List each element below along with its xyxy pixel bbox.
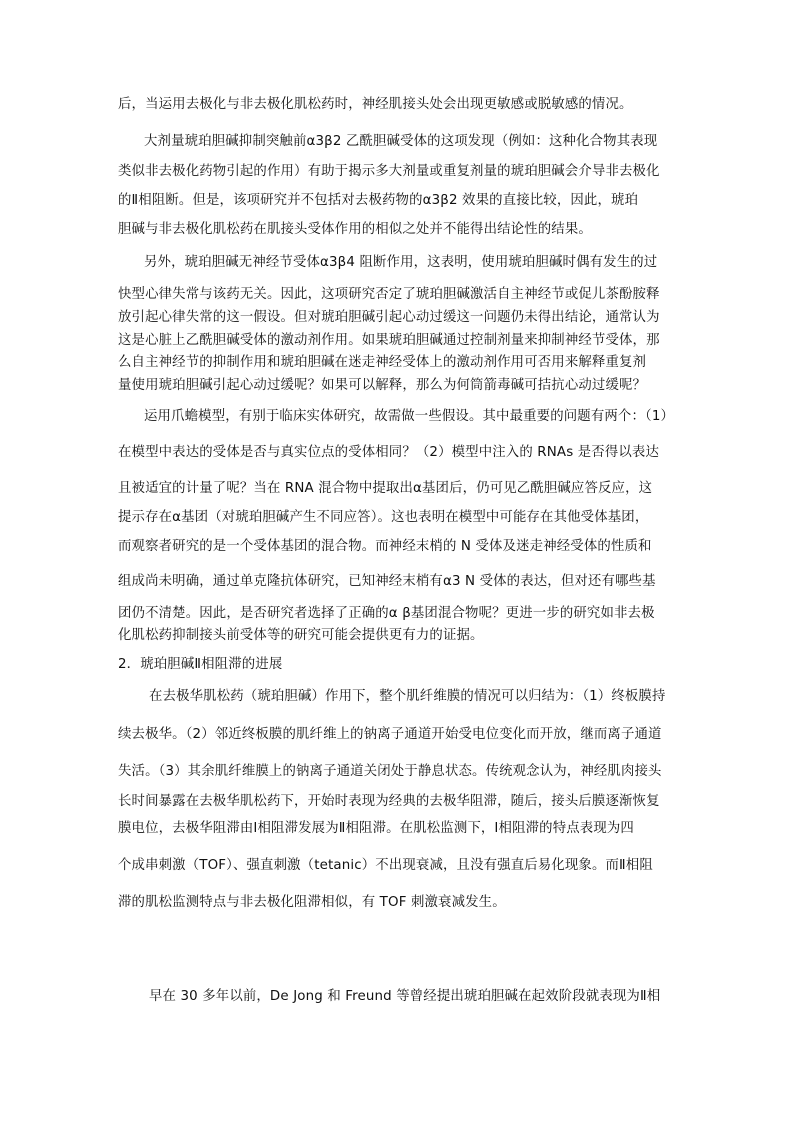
text-line: 在模型中表达的受体是否与真实位点的受体相同？（2）模型中注入的 RNAs 是否得… — [118, 444, 678, 462]
text-line: 续去极华。（2）邻近终板膜的肌纤维上的钠离子通道开始受电位变化而开放，继而离子通… — [118, 726, 678, 744]
text-line: 膜电位，去极华阻滞由Ⅰ相阻滞发展为Ⅱ相阻滞。在肌松监测下，Ⅰ相阻滞的特点表现为四 — [118, 820, 678, 838]
text-line: 滞的肌松监测特点与非去极化阻滞相似，有 TOF 刺激衰减发生。 — [118, 894, 678, 912]
paragraph-start: 早在 30 多年以前，De Jong 和 Freund 等曾经提出琥珀胆碱在起效… — [149, 988, 709, 1006]
paragraph-start: 在去极华肌松药（琥珀胆碱）作用下，整个肌纤维膜的情况可以归结为：（1）终板膜持 — [149, 688, 709, 706]
text-line: 后，当运用去极化与非去极化肌松药时，神经肌接头处会出现更敏感或脱敏感的情况。 — [118, 96, 678, 114]
text-line: 胆碱与非去极化肌松药在肌接头受体作用的相似之处并不能得出结论性的结果。 — [118, 221, 678, 239]
paragraph-start: 大剂量琥珀胆碱抑制突触前α3β2 乙酰胆碱受体的这项发现（例如：这种化合物其表现 — [144, 133, 704, 151]
text-line: 个成串刺激（TOF）、强直刺激（tetanic）不出现衰减，且没有强直后易化现象… — [118, 857, 678, 875]
text-line: 么自主神经节的抑制作用和琥珀胆碱在迷走神经受体上的激动剂作用可否用来解释重复剂 — [118, 354, 678, 372]
text-line: 类似非去极化药物引起的作用）有助于揭示多大剂量或重复剂量的琥珀胆碱会介导非去极化 — [118, 163, 678, 181]
text-line: 这是心脏上乙酰胆碱受体的激动剂作用。如果琥珀胆碱通过控制剂量来抑制神经节受体，那 — [118, 332, 678, 350]
text-line: 团仍不清楚。因此，是否研究者选择了正确的α β基团混合物呢？更进一步的研究如非去… — [118, 605, 678, 623]
text-line: 快型心律失常与该药无关。因此，这项研究否定了琥珀胆碱激活自主神经节或促儿茶酚胺释 — [118, 286, 678, 304]
document-page: 后，当运用去极化与非去极化肌松药时，神经肌接头处会出现更敏感或脱敏感的情况。 大… — [0, 0, 793, 1122]
text-line: 化肌松药抑制接头前受体等的研究可能会提供更有力的证据。 — [118, 627, 678, 645]
paragraph-start: 另外，琥珀胆碱无神经节受体α3β4 阻断作用，这表明，使用琥珀胆碱时偶有发生的过 — [144, 254, 704, 272]
text-line: 且被适宜的计量了呢？当在 RNA 混合物中提取出α基团后，仍可见乙酰胆碱应答反应… — [118, 480, 678, 498]
text-line: 失活。（3）其余肌纤维膜上的钠离子通道关闭处于静息状态。传统观念认为，神经肌肉接… — [118, 763, 678, 781]
text-line: 长时间暴露在去极华肌松药下，开始时表现为经典的去极华阻滞，随后，接头后膜逐渐恢复 — [118, 793, 678, 811]
paragraph-start: 运用爪蟾模型，有别于临床实体研究，故需做一些假设。其中最重要的问题有两个：（1） — [144, 408, 704, 426]
text-line: 的Ⅱ相阻断。但是，该项研究并不包括对去极药物的α3β2 效果的直接比较，因此，琥… — [118, 192, 678, 210]
text-line: 放引起心律失常的这一假设。但对琥珀胆碱引起心动过缓这一问题仍未得出结论，通常认为 — [118, 309, 678, 327]
text-line: 组成尚未明确，通过单克隆抗体研究，已知神经末梢有α3 N 受体的表达，但对还有哪… — [118, 573, 678, 591]
text-line: 提示存在α基团（对琥珀胆碱产生不同应答）。这也表明在模型中可能存在其他受体基团， — [118, 509, 678, 527]
text-line: 量使用琥珀胆碱引起心动过缓呢？如果可以解释，那么为何筒箭毒碱可拮抗心动过缓呢？ — [118, 377, 678, 395]
text-line: 而观察者研究的是一个受体基团的混合物。而神经末梢的 N 受体及迷走神经受体的性质… — [118, 538, 678, 556]
section-heading: 2．琥珀胆碱Ⅱ相阻滞的进展 — [118, 656, 678, 674]
